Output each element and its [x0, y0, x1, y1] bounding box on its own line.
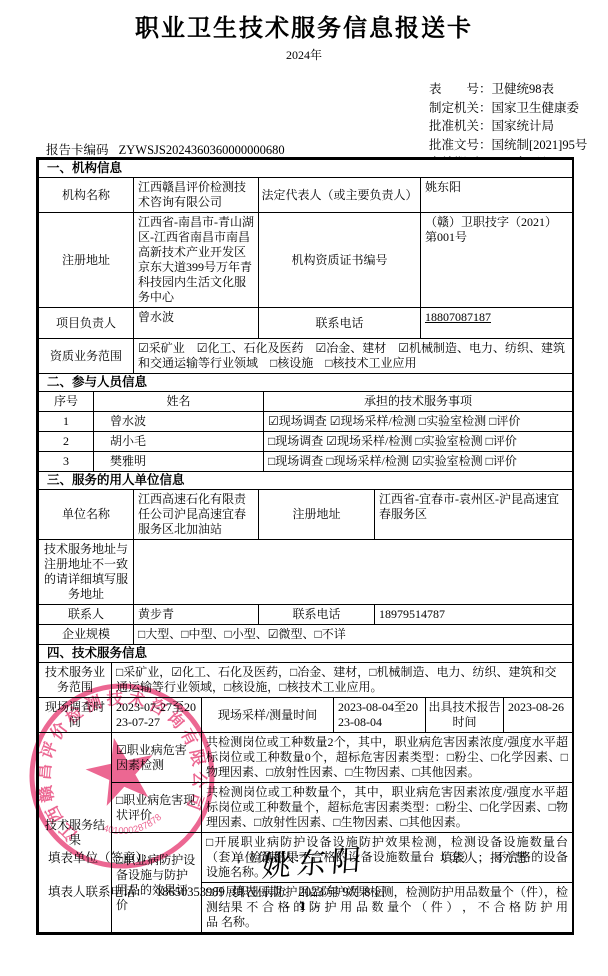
meta-value: 国家统计局	[492, 119, 555, 133]
report-form-table: 一、机构信息 机构名称 江西赣昌评价检测技术咨询有限公司 法定代表人（或主要负责…	[36, 157, 574, 935]
survey-time-value: 2023-07-27至2023-07-27	[112, 698, 202, 733]
meta-value: 卫健统98表	[492, 82, 555, 96]
fill-date-label: 填表日期：	[232, 885, 295, 899]
cert-no-label: 机构资质证书编号	[259, 213, 421, 308]
report-year: 2024年	[0, 46, 608, 63]
meta-form-number: 表 号：卫健统98表	[429, 80, 587, 99]
card-code-value: ZYWSJS2024360360000000680	[119, 143, 285, 157]
result-detection-item: ☑职业病危害因素检测	[112, 733, 202, 783]
service-addr-value	[134, 540, 573, 605]
section4-title: 四、技术服务信息	[39, 645, 573, 663]
unit-name-label: 单位名称	[39, 490, 134, 540]
participant-no: 3	[39, 452, 94, 472]
participant-row: 1 曾水波 ☑现场调查 ☑现场采样/检测 □实验室检测 □评价	[39, 412, 573, 432]
survey-time-label: 现场调查时间	[39, 698, 112, 733]
section2-table: 二、参与人员信息 序号 姓名 承担的技术服务事项 1 曾水波 ☑现场调查 ☑现场…	[38, 373, 573, 472]
org-phone-value: 18807087187	[421, 308, 573, 339]
unit-contact-label: 联系人	[39, 605, 134, 625]
col-header-service: 承担的技术服务事项	[264, 392, 573, 412]
meta-value: 国家卫生健康委	[492, 101, 580, 115]
meta-label: 批准文号：	[429, 138, 492, 152]
participant-name: 胡小毛	[94, 432, 264, 452]
legal-rep-label: 法定代表人（或主要负责人）	[259, 178, 421, 213]
section1-title: 一、机构信息	[39, 160, 573, 178]
unit-sign-label: 填表单位（签章）：	[48, 848, 154, 866]
card-code-line: 报告卡编码 ZYWSJS2024360360000000680	[46, 140, 285, 158]
participant-name: 曾水波	[94, 412, 264, 432]
unit-phone-value: 18979514787	[375, 605, 573, 625]
participant-service: ☑现场调查 ☑现场采样/检测 □实验室检测 □评价	[264, 412, 573, 432]
participant-row: 2 胡小毛 □现场调查 ☑现场采样/检测 □实验室检测 □评价	[39, 432, 573, 452]
filler-phone-label: 填表人联系电话：	[48, 885, 148, 899]
card-code-label: 报告卡编码	[46, 143, 109, 157]
sampling-time-label: 现场采样/测量时间	[202, 698, 334, 733]
filler-name: 揭方慧	[490, 851, 528, 865]
filler-phone-value: 18650353989	[156, 885, 225, 899]
participant-row: 3 樊雅明 □现场调查 □现场采样/检测 ☑实验室检测 □评价	[39, 452, 573, 472]
unit-addr-label: 注册地址	[259, 490, 375, 540]
fill-date-value: 2023 年 9月 8 日	[299, 885, 387, 899]
report-time-label: 出具技术报告时间	[426, 698, 504, 733]
result-status-detail: 共检测岗位或工种数量个，其中，职业病危害因素浓度/强度水平超标岗位或工种数量个，…	[202, 783, 573, 833]
legal-rep-value: 姚东阳	[421, 178, 573, 213]
meta-approval-doc: 批准文号：国统制[2021]95号	[429, 136, 587, 155]
cert-no-value: （赣）卫职技字（2021）第001号	[421, 213, 573, 308]
unit-addr-value: 江西省-宜春市-袁州区-沪昆高速宜春服务区	[375, 490, 573, 540]
participant-service: □现场调查 ☑现场采样/检测 □实验室检测 □评价	[264, 432, 573, 452]
head-signature: 姚东阳	[261, 837, 369, 886]
svc-scope-label: 技术服务业务范围	[39, 663, 112, 698]
participant-name: 樊雅明	[94, 452, 264, 472]
page-number: - 1 -	[0, 898, 608, 914]
unit-contact-value: 黄步青	[134, 605, 259, 625]
unit-name-value: 江西高速石化有限责任公司沪昆高速宜春服务区北加油站	[134, 490, 259, 540]
col-header-name: 姓名	[94, 392, 264, 412]
meta-issuing-agency: 制定机关：国家卫生健康委	[429, 99, 587, 118]
participant-service: □现场调查 □现场采样/检测 ☑实验室检测 □评价	[264, 452, 573, 472]
filler-label: 填表人：	[440, 851, 490, 865]
meta-label: 表 号：	[429, 82, 492, 96]
col-header-no: 序号	[39, 392, 94, 412]
sampling-time-value: 2023-08-04至2023-08-04	[334, 698, 426, 733]
participant-no: 2	[39, 432, 94, 452]
phone-link[interactable]: 18807087187	[425, 310, 491, 324]
result-status-item: □职业病危害现状评价	[112, 783, 202, 833]
participant-no: 1	[39, 412, 94, 432]
qual-scope-value: ☑采矿业 ☑化工、石化及医药 ☑冶金、建材 ☑机械制造、电力、纺织、建筑和交通运…	[134, 339, 573, 374]
section1-table: 一、机构信息 机构名称 江西赣昌评价检测技术咨询有限公司 法定代表人（或主要负责…	[38, 159, 573, 374]
report-time-value: 2023-08-26	[504, 698, 573, 733]
section3-title: 三、服务的用人单位信息	[39, 472, 573, 490]
svc-scope-value: □采矿业，☑化工、石化及医药，□冶金、建材，□机械制造、电力、纺织、建筑和交通运…	[112, 663, 573, 698]
report-card-page: 职业卫生技术服务信息报送卡 2024年 表 号：卫健统98表 制定机关：国家卫生…	[0, 0, 608, 976]
service-addr-label: 技术服务地址与注册地址不一致的请详细填写服务地址	[39, 540, 134, 605]
section3-table: 三、服务的用人单位信息 单位名称 江西高速石化有限责任公司沪昆高速宜春服务区北加…	[38, 471, 573, 645]
meta-approving-agency: 批准机关：国家统计局	[429, 117, 587, 136]
scale-value: □大型、□中型、□小型、☑微型、□不详	[134, 625, 573, 645]
reg-addr-value: 江西省-南昌市-青山湖区-江西省南昌市南昌高新技术产业开发区京东大道399号万年…	[134, 213, 259, 308]
pm-label: 项目负责人	[39, 308, 134, 339]
pm-value: 曾水波	[134, 308, 259, 339]
result-detection-detail: 共检测岗位或工种数量2个，其中，职业病危害因素浓度/强度水平超标岗位或工种数量0…	[202, 733, 573, 783]
scale-label: 企业规模	[39, 625, 134, 645]
filler-line: 填表人：揭方慧	[440, 848, 528, 866]
meta-value: 国统制[2021]95号	[492, 138, 588, 152]
reg-addr-label: 注册地址	[39, 213, 134, 308]
org-name-value: 江西赣昌评价检测技术咨询有限公司	[134, 178, 259, 213]
section2-title: 二、参与人员信息	[39, 374, 573, 392]
meta-label: 批准机关：	[429, 119, 492, 133]
org-phone-label: 联系电话	[259, 308, 421, 339]
unit-phone-label: 联系电话	[259, 605, 375, 625]
page-title: 职业卫生技术服务信息报送卡	[0, 8, 608, 43]
meta-label: 制定机关：	[429, 101, 492, 115]
qual-scope-label: 资质业务范围	[39, 339, 134, 374]
org-name-label: 机构名称	[39, 178, 134, 213]
